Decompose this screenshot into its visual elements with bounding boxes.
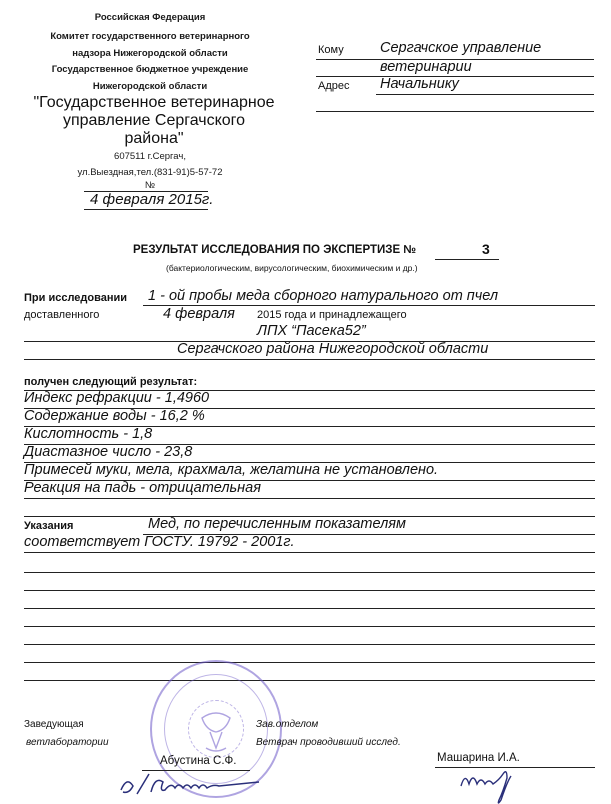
result-refraction-index: Индекс рефракции - 1,4960 <box>24 390 209 406</box>
blank-line-2 <box>24 590 595 591</box>
result-water-content: Содержание воды - 16,2 % <box>24 408 205 424</box>
recipient-line-4 <box>316 111 594 112</box>
left-signer-title-1: Заведующая <box>24 719 84 730</box>
org-address-city: 607511 г.Сергач, <box>0 151 300 162</box>
org-address-street: ул.Выездная,тел.(831-91)5-57-72 <box>0 167 300 178</box>
header-institution-type: Государственное бюджетное учреждение <box>0 64 300 75</box>
research-label: При исследовании <box>24 292 127 304</box>
doc-date-line <box>84 209 208 210</box>
delivered-label: доставленного <box>24 309 99 321</box>
instructions-line-2 <box>24 552 595 553</box>
org-name-line-1: "Государственное ветеринарное <box>4 94 304 112</box>
blank-line-7 <box>24 680 595 681</box>
report-subtitle: (бактериологическим, вирусологическим, б… <box>166 263 418 273</box>
instructions-line-1-text: Мед, по перечисленным показателям <box>148 516 406 532</box>
left-signature-icon <box>115 768 275 798</box>
recipient-address-label: Адрес <box>318 80 350 92</box>
right-signer-title-1: Зав.отделом <box>256 719 318 730</box>
report-title: РЕЗУЛЬТАТ ИССЛЕДОВАНИЯ ПО ЭКСПЕРТИЗЕ № <box>133 244 416 256</box>
region-line <box>24 359 595 360</box>
left-signer-title-2: ветлаборатории <box>26 737 109 748</box>
delivered-year-text: 2015 года и принадлежащего <box>257 309 407 321</box>
region-value: Сергачского района Нижегородской области <box>177 341 488 357</box>
left-signer-name: Абустина С.Ф. <box>160 755 236 767</box>
result-diastase-number: Диастазное число - 23,8 <box>24 444 192 460</box>
report-number: 3 <box>482 241 490 257</box>
report-number-line <box>435 259 499 260</box>
doc-number-label: № <box>0 180 300 191</box>
result-honeydew-reaction: Реакция на падь - отрицательная <box>24 480 261 496</box>
doc-date: 4 февраля 2015г. <box>90 191 213 208</box>
instructions-label: Указания <box>24 520 73 532</box>
right-signature-icon <box>455 762 535 804</box>
org-name-line-3: района" <box>4 130 304 148</box>
header-country: Российская Федерация <box>0 12 300 23</box>
delivered-date: 4 февраля <box>163 306 235 322</box>
recipient-to-value-1: Сергачское управление <box>380 40 541 56</box>
blank-line-3 <box>24 608 595 609</box>
result-impurities: Примесей муки, мела, крахмала, желатина … <box>24 462 438 478</box>
recipient-address-value: Начальнику <box>380 76 459 92</box>
header-committee-region: надзора Нижегородской области <box>0 48 300 59</box>
org-name-line-2: управление Сергачского <box>4 112 304 130</box>
owner-value: ЛПХ “Пасека52” <box>257 323 366 339</box>
instructions-line-2-text: соответствует ГОСТУ. 19792 - 2001г. <box>24 534 295 550</box>
blank-line-5 <box>24 644 595 645</box>
blank-line-6 <box>24 662 595 663</box>
results-line-6 <box>24 498 595 499</box>
header-committee: Комитет государственного ветеринарного <box>0 31 300 42</box>
blank-line-1 <box>24 572 595 573</box>
blank-line-4 <box>24 626 595 627</box>
results-label: получен следующий результат: <box>24 376 197 388</box>
recipient-line-3 <box>376 94 594 95</box>
right-signer-title-2: Ветврач проводивший исслед. <box>256 737 401 748</box>
recipient-to-label: Кому <box>318 44 344 56</box>
header-institution-region: Нижегородской области <box>0 81 300 92</box>
research-value: 1 - ой пробы меда сборного натурального … <box>148 288 498 304</box>
recipient-to-value-2: ветеринарии <box>380 59 472 75</box>
result-acidity: Кислотность - 1,8 <box>24 426 152 442</box>
